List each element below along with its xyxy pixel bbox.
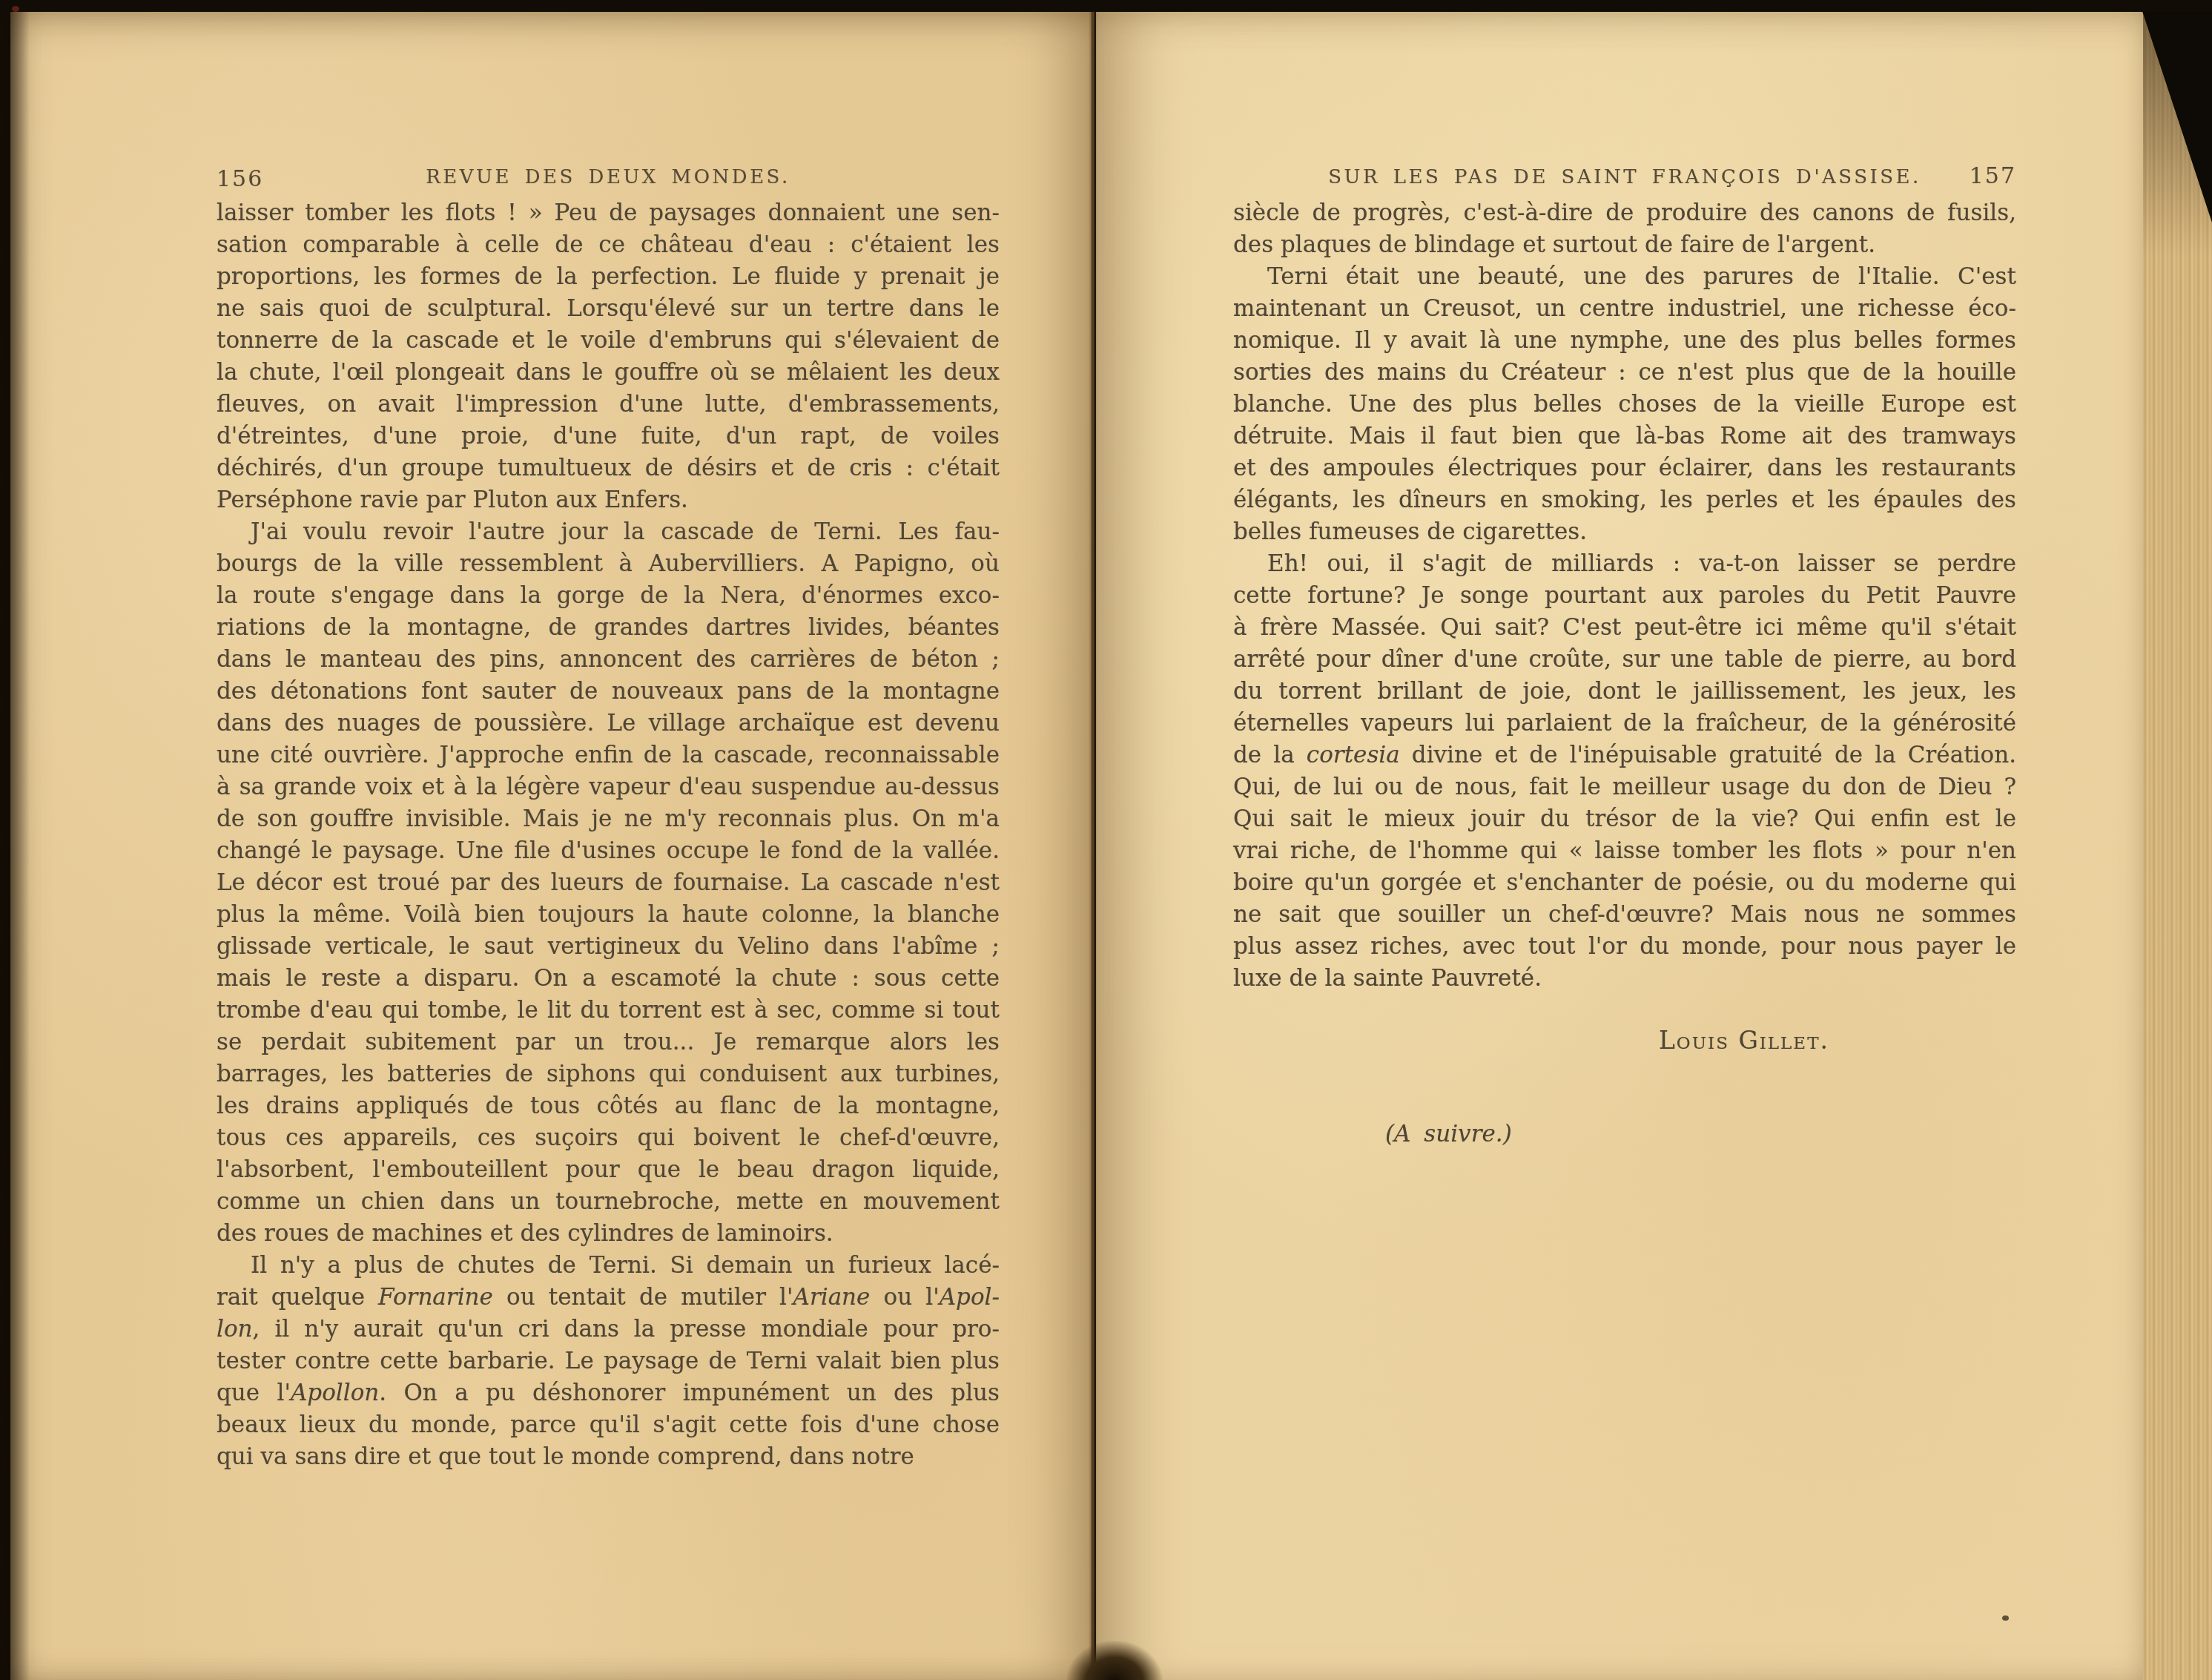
text-line: glissade verticale, le saut vertigineux … xyxy=(217,931,1000,963)
paragraph: Il n'y a plus de chutes de Terni. Si dem… xyxy=(217,1250,1000,1473)
paragraph: J'ai voulu revoir l'autre jour la cascad… xyxy=(217,516,1000,1250)
text-line: cette fortune? Je songe pourtant aux par… xyxy=(1233,580,2016,612)
text-line: à sa grande voix et à la légère vapeur d… xyxy=(217,771,1000,803)
paragraph: laisser tomber les flots ! » Peu de pays… xyxy=(217,197,1000,516)
gutter-bottom-shadow xyxy=(1066,1641,1163,1680)
text-line: et des ampoules électriques pour éclaire… xyxy=(1233,452,2016,484)
paper-speck xyxy=(2002,1615,2009,1621)
body-text-right: siècle de progrès, c'est-à-dire de produ… xyxy=(1233,197,2016,995)
text-line: détruite. Mais il faut bien que là-bas R… xyxy=(1233,421,2016,452)
paragraph: siècle de progrès, c'est-à-dire de produ… xyxy=(1233,197,2016,261)
text-line: siècle de progrès, c'est-à-dire de produ… xyxy=(1233,197,2016,229)
text-line: Perséphone ravie par Pluton aux Enfers. xyxy=(217,484,1000,516)
text-line: mais le reste a disparu. On a escamoté l… xyxy=(217,963,1000,995)
text-line: blanche. Une des plus belles choses de l… xyxy=(1233,389,2016,421)
text-line: la chute, l'œil plongeait dans le gouffr… xyxy=(217,357,1000,389)
text-line: dans le manteau des pins, annoncent des … xyxy=(217,644,1000,676)
text-line: Terni était une beauté, une des parures … xyxy=(1233,261,2016,293)
text-line: Qui, de lui ou de nous, fait le meilleur… xyxy=(1233,771,2016,803)
text-line: riations de la montagne, de grandes dart… xyxy=(217,612,1000,644)
text-line: à frère Massée. Qui sait? C'est peut-êtr… xyxy=(1233,612,2016,644)
text-line: tous ces appareils, ces suçoirs qui boiv… xyxy=(217,1122,1000,1154)
text-line: trombe d'eau qui tombe, le lit du torren… xyxy=(217,995,1000,1027)
text-line: d'étreintes, d'une proie, d'une fuite, d… xyxy=(217,421,1000,452)
left-edge-shade xyxy=(0,0,30,1680)
text-line: nomique. Il y avait là une nymphe, une d… xyxy=(1233,325,2016,357)
text-line: boire qu'un gorgée et s'enchanter de poé… xyxy=(1233,867,2016,899)
text-line: des plaques de blindage et surtout de fa… xyxy=(1233,229,2016,261)
paragraph: Terni était une beauté, une des parures … xyxy=(1233,261,2016,548)
text-line: les drains appliqués de tous côtés au fl… xyxy=(217,1090,1000,1122)
text-line: sorties des mains du Créateur : ce n'est… xyxy=(1233,357,2016,389)
text-line: des détonations font sauter de nouveaux … xyxy=(217,676,1000,708)
text-line: tester contre cette barbarie. Le paysage… xyxy=(217,1345,1000,1377)
text-line: plus assez riches, avec tout l'or du mon… xyxy=(1233,931,2016,963)
book-gutter xyxy=(1089,12,1097,1680)
page-header-right: SUR LES PAS DE SAINT FRANÇOIS D'ASSISE. … xyxy=(1233,166,2016,196)
page-left: 156 REVUE DES DEUX MONDES. laisser tombe… xyxy=(10,12,1092,1680)
text-column-left: laisser tomber les flots ! » Peu de pays… xyxy=(217,197,1000,1473)
text-column-right: siècle de progrès, c'est-à-dire de produ… xyxy=(1233,197,2016,1150)
text-line: sation comparable à celle de ce château … xyxy=(217,229,1000,261)
text-line: Le décor est troué par des lueurs de fou… xyxy=(217,867,1000,899)
text-line: beaux lieux du monde, parce qu'il s'agit… xyxy=(217,1409,1000,1441)
text-line: tonnerre de la cascade et le voile d'emb… xyxy=(217,325,1000,357)
book-spread: 156 REVUE DES DEUX MONDES. laisser tombe… xyxy=(0,0,2212,1680)
text-line: belles fumeuses de cigarettes. xyxy=(1233,516,2016,548)
text-line: qui va sans dire et que tout le monde co… xyxy=(217,1441,1000,1473)
page-number-right: 157 xyxy=(1970,163,2016,189)
body-text-left: laisser tomber les flots ! » Peu de pays… xyxy=(217,197,1000,1473)
text-line: vrai riche, de l'homme qui « laisse tomb… xyxy=(1233,835,2016,867)
text-line: maintenant un Creusot, un centre industr… xyxy=(1233,293,2016,325)
text-line: luxe de la sainte Pauvreté. xyxy=(1233,963,2016,995)
text-line: se perdait subitement par un trou... Je … xyxy=(217,1027,1000,1058)
text-line: la route s'engage dans la gorge de la Ne… xyxy=(217,580,1000,612)
text-line: proportions, les formes de la perfection… xyxy=(217,261,1000,293)
text-line: de la cortesia divine et de l'inépuisabl… xyxy=(1233,739,2016,771)
text-line: du torrent brillant de joie, dont le jai… xyxy=(1233,676,2016,708)
author-signature: Louis Gillet. xyxy=(1233,1024,2016,1056)
text-line: ne sait que souiller un chef-d'œuvre? Ma… xyxy=(1233,899,2016,931)
text-line: bourgs de la ville ressemblent à Aubervi… xyxy=(217,548,1000,580)
text-line: arrêté pour dîner d'une croûte, sur une … xyxy=(1233,644,2016,676)
text-line: ne sais quoi de sculptural. Lorsqu'élevé… xyxy=(217,293,1000,325)
running-title-right: SUR LES PAS DE SAINT FRANÇOIS D'ASSISE. xyxy=(1233,166,2016,188)
text-line: laisser tomber les flots ! » Peu de pays… xyxy=(217,197,1000,229)
text-line: déchirés, d'un groupe tumultueux de dési… xyxy=(217,452,1000,484)
text-line: dans des nuages de poussière. Le village… xyxy=(217,708,1000,739)
text-line: rait quelque Fornarine ou tentait de mut… xyxy=(217,1282,1000,1314)
text-line: l'absorbent, l'embouteillent pour que le… xyxy=(217,1154,1000,1186)
running-title-left: REVUE DES DEUX MONDES. xyxy=(217,166,1000,188)
paragraph: Eh! oui, il s'agit de milliards : va-t-o… xyxy=(1233,548,2016,995)
text-line: de son gouffre invisible. Mais je ne m'y… xyxy=(217,803,1000,835)
top-edge xyxy=(0,0,2212,12)
text-line: que l'Apollon. On a pu déshonorer impuné… xyxy=(217,1377,1000,1409)
text-line: Il n'y a plus de chutes de Terni. Si dem… xyxy=(217,1250,1000,1282)
text-line: changé le paysage. Une file d'usines occ… xyxy=(217,835,1000,867)
text-line: comme un chien dans un tournebroche, met… xyxy=(217,1186,1000,1218)
text-line: barrages, les batteries de siphons qui c… xyxy=(217,1058,1000,1090)
text-line: éternelles vapeurs lui parlaient de la f… xyxy=(1233,708,2016,739)
page-edge-stack xyxy=(2143,12,2212,1680)
text-line: Qui sait le mieux jouir du trésor de la … xyxy=(1233,803,2016,835)
text-line: J'ai voulu revoir l'autre jour la cascad… xyxy=(217,516,1000,548)
page-header-left: 156 REVUE DES DEUX MONDES. xyxy=(217,166,1000,196)
text-line: des roues de machines et des cylindres d… xyxy=(217,1218,1000,1250)
text-line: une cité ouvrière. J'approche enfin de l… xyxy=(217,739,1000,771)
text-line: plus la même. Voilà bien toujours la hau… xyxy=(217,899,1000,931)
text-line: élégants, les dîneurs en smoking, les pe… xyxy=(1233,484,2016,516)
text-line: lon, il n'y aurait qu'un cri dans la pre… xyxy=(217,1314,1000,1345)
continuation-note: (A suivre.) xyxy=(1233,1119,2016,1150)
paper-speck xyxy=(12,6,19,12)
text-line: fleuves, on avait l'impression d'une lut… xyxy=(217,389,1000,421)
page-right: SUR LES PAS DE SAINT FRANÇOIS D'ASSISE. … xyxy=(1096,12,2143,1680)
text-line: Eh! oui, il s'agit de milliards : va-t-o… xyxy=(1233,548,2016,580)
